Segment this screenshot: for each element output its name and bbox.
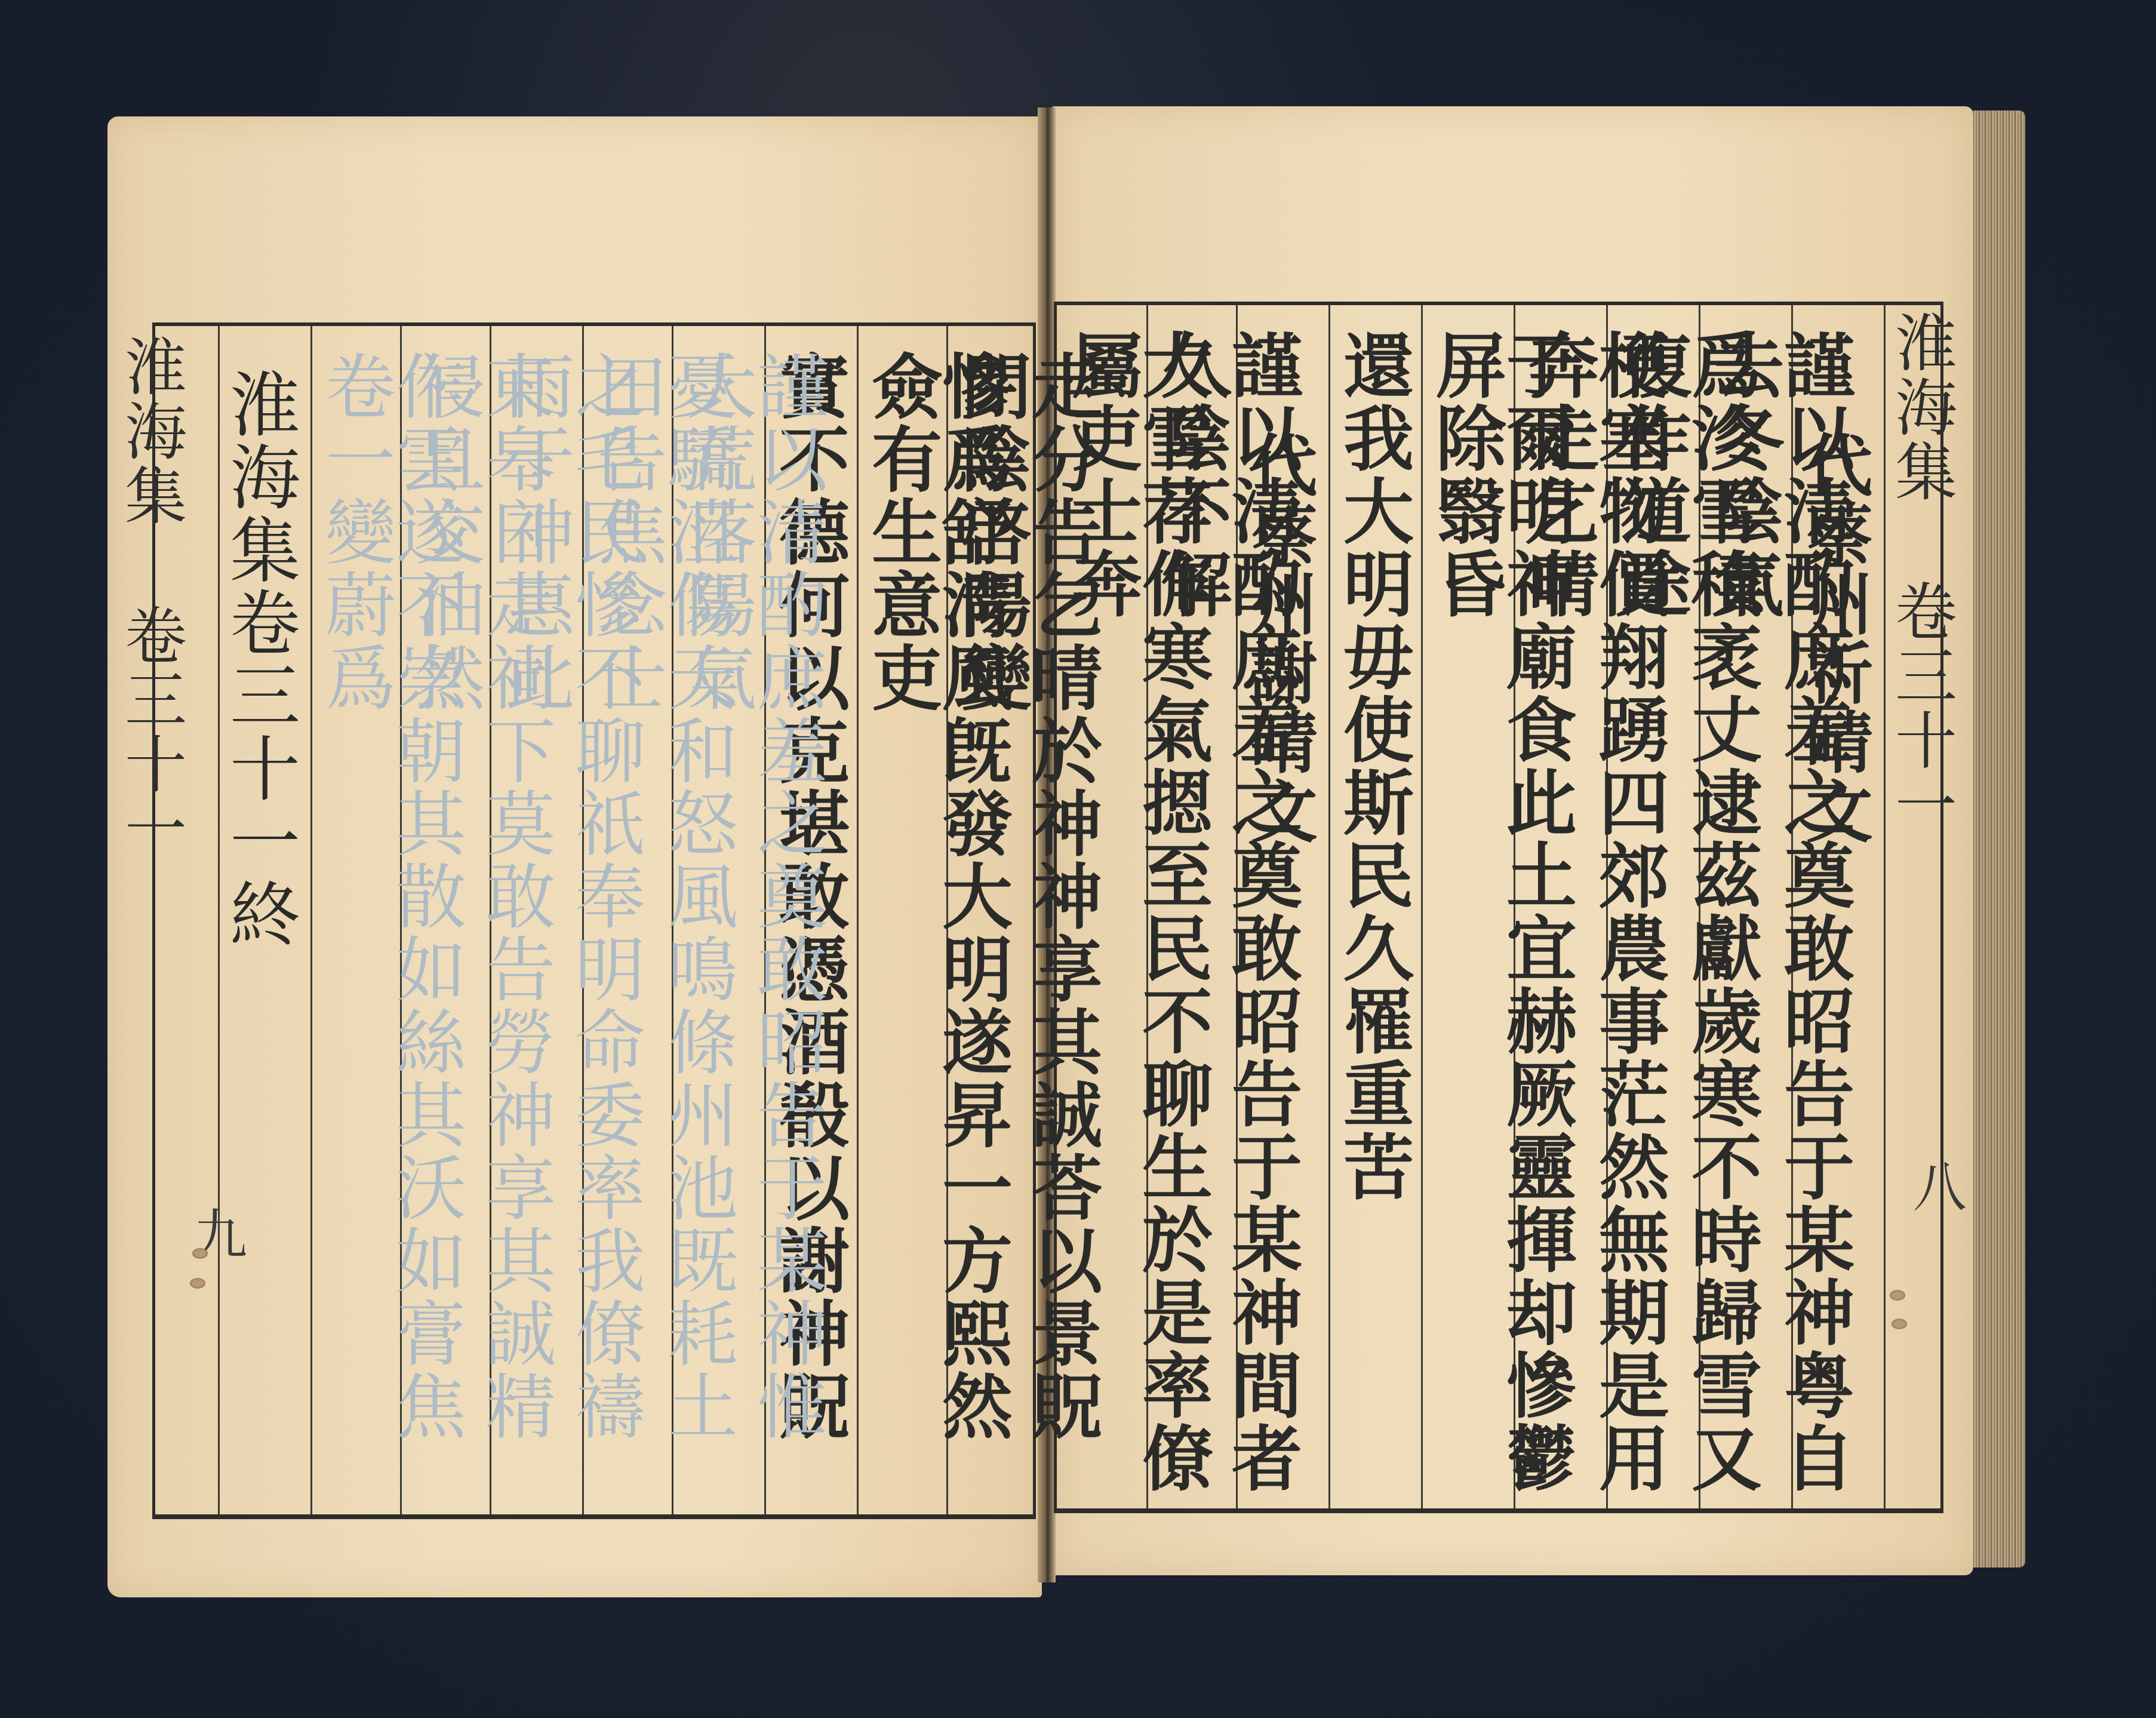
- left-page-number: 九: [176, 1206, 254, 1260]
- left-page-frame: 走分告乞晴於神神享其誠荅以景貺閉陰啓陽變 慘爲舒淸風旣發大明遂昇一方熙然僉有生意…: [152, 322, 1036, 1519]
- binding-hole: [1892, 1319, 1907, 1329]
- binding-hole: [192, 1248, 208, 1259]
- binding-hole: [1890, 1290, 1905, 1301]
- text-column: 還我大明毋使斯民久罹重苦: [1337, 329, 1408, 1203]
- right-page-edges: [1970, 110, 2025, 1568]
- book-spread: 走分告乞晴於神神享其誠荅以景貺閉陰啓陽變 慘爲舒淸風旣發大明遂昇一方熙然僉有生意…: [0, 0, 2156, 1718]
- bleed-through-column: 作雲遂不崇朝其散如絲其沃如膏焦卷一變蔚爲: [319, 350, 460, 1514]
- text-column: 大雪荐作寒氣摁至民不聊生於是率僚屬吏士奔: [1066, 329, 1207, 1508]
- binding-hole: [190, 1278, 205, 1289]
- column-rule: [1421, 305, 1423, 1508]
- right-spine-label: 淮海集 卷三十一: [1890, 311, 1952, 837]
- column-rule: [857, 326, 859, 1514]
- left-spine-label: 淮海集 卷三十一: [119, 334, 182, 861]
- right-page-number: 八: [1896, 1158, 1973, 1212]
- column-rule: [1328, 305, 1330, 1508]
- volume-end-marker: 淮海集卷三十一終: [224, 368, 294, 951]
- text-column: 慘爲舒淸風旣發大明遂昇一方熙然僉有生意吏: [866, 350, 1007, 1514]
- column-rule: [310, 326, 312, 1514]
- text-column: 于爾明神廟食此土宜赫厥靈揮却慘鬱屏除翳昏: [1430, 329, 1571, 1508]
- right-page-frame: 代蔡州祈晴文 謹以清酌庶羞之奠敢昭告于某神粤自去冬陰氣 爲沴雪積袤丈逮茲獻歲寒不…: [1054, 302, 1943, 1513]
